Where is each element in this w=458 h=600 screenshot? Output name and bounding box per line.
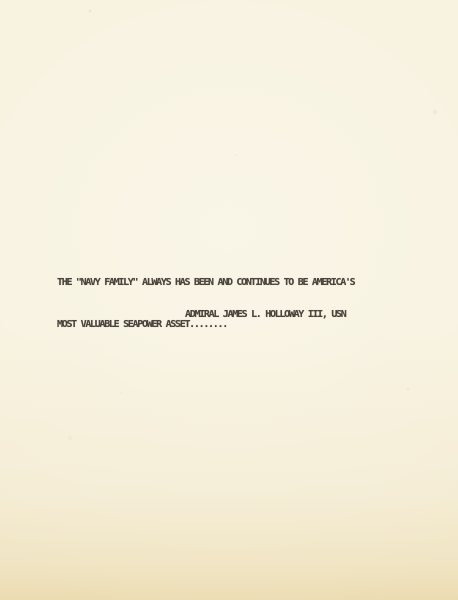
quote-line-1: THE "NAVY FAMILY" ALWAYS HAS BEEN AND CO…: [57, 273, 354, 293]
quote-block: THE "NAVY FAMILY" ALWAYS HAS BEEN AND CO…: [57, 251, 354, 357]
quote-attribution: ADMIRAL JAMES L. HOLLOWAY III, USN: [185, 305, 346, 325]
scanned-page: THE "NAVY FAMILY" ALWAYS HAS BEEN AND CO…: [0, 0, 458, 600]
